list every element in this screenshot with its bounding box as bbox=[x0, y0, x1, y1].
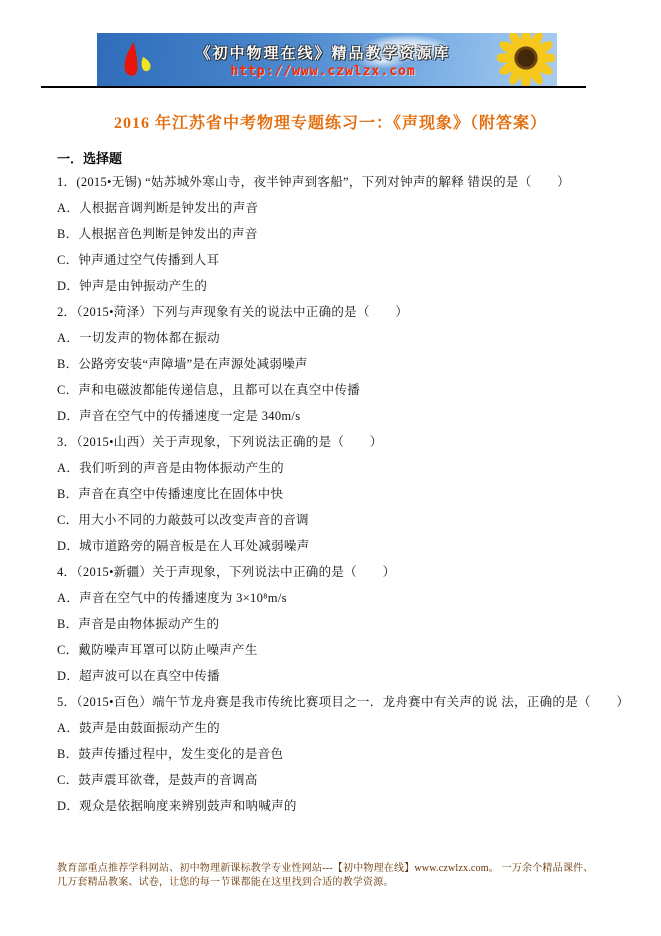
question-list: 1．(2015•无锡) “姑苏城外寒山寺，夜半钟声到客船”，下列对钟声的解释 错… bbox=[57, 169, 617, 819]
question-4: 4．（2015•新疆）关于声现象，下列说法中正确的是（ ） A．声音在空气中的传… bbox=[57, 559, 617, 689]
question-1-option-b: B．人根据音色判断是钟发出的声音 bbox=[57, 221, 617, 247]
question-1-option-d: D．钟声是由钟振动产生的 bbox=[57, 273, 617, 299]
question-1-stem: 1．(2015•无锡) “姑苏城外寒山寺，夜半钟声到客船”，下列对钟声的解释 错… bbox=[57, 169, 617, 195]
question-5-stem: 5．（2015•百色）端午节龙舟赛是我市传统比赛项目之一．龙舟赛中有关声的说 法… bbox=[57, 689, 617, 715]
question-4-stem: 4．（2015•新疆）关于声现象，下列说法中正确的是（ ） bbox=[57, 559, 617, 585]
page-footer: 教育部重点推荐学科网站、初中物理新课标教学专业性网站---【初中物理在线】www… bbox=[57, 862, 609, 890]
header-divider bbox=[41, 86, 586, 88]
question-4-option-c: C．戴防噪声耳罩可以防止噪声产生 bbox=[57, 637, 617, 663]
page-title: 2016 年江苏省中考物理专题练习一：《声现象》（附答案） bbox=[40, 110, 621, 133]
banner-text-block: 《初中物理在线》精品教学资源库 http://www.czwlzx.com bbox=[167, 33, 479, 87]
question-3-option-b: B．声音在真空中传播速度比在固体中快 bbox=[57, 481, 617, 507]
question-2: 2．（2015•菏泽）下列与声现象有关的说法中正确的是（ ） A．一切发声的物体… bbox=[57, 299, 617, 429]
question-1: 1．(2015•无锡) “姑苏城外寒山寺，夜半钟声到客船”，下列对钟声的解释 错… bbox=[57, 169, 617, 299]
question-5-option-c: C．鼓声震耳欲聋，是鼓声的音调高 bbox=[57, 767, 617, 793]
banner-site-title: 《初中物理在线》精品教学资源库 bbox=[195, 42, 450, 63]
document-page: 《初中物理在线》精品教学资源库 http://www.czwlzx.com 20… bbox=[0, 0, 661, 936]
question-3-option-c: C．用大小不同的力敲鼓可以改变声音的音调 bbox=[57, 507, 617, 533]
question-3: 3．（2015•山西）关于声现象，下列说法正确的是（ ） A．我们听到的声音是由… bbox=[57, 429, 617, 559]
question-5: 5．（2015•百色）端午节龙舟赛是我市传统比赛项目之一．龙舟赛中有关声的说 法… bbox=[57, 689, 617, 819]
question-5-option-d: D．观众是依据响度来辨别鼓声和呐喊声的 bbox=[57, 793, 617, 819]
question-5-option-a: A．鼓声是由鼓面振动产生的 bbox=[57, 715, 617, 741]
question-3-option-d: D．城市道路旁的隔音板是在人耳处减弱噪声 bbox=[57, 533, 617, 559]
question-2-option-c: C．声和电磁波都能传递信息，且都可以在真空中传播 bbox=[57, 377, 617, 403]
flame-logo-icon bbox=[117, 41, 161, 86]
question-3-option-a: A．我们听到的声音是由物体振动产生的 bbox=[57, 455, 617, 481]
question-4-option-a: A．声音在空气中的传播速度为 3×10⁸m/s bbox=[57, 585, 617, 611]
banner-site-url: http://www.czwlzx.com bbox=[230, 64, 415, 79]
footer-line-2: 几万套精品教案、试卷，让您的每一节课都能在这里找到合适的教学资源。 bbox=[57, 876, 609, 890]
question-3-stem: 3．（2015•山西）关于声现象，下列说法正确的是（ ） bbox=[57, 429, 617, 455]
question-1-option-c: C．钟声通过空气传播到人耳 bbox=[57, 247, 617, 273]
question-1-option-a: A．人根据音调判断是钟发出的声音 bbox=[57, 195, 617, 221]
section-heading: 一．选择题 bbox=[57, 148, 122, 167]
question-5-option-b: B．鼓声传播过程中，发生变化的是音色 bbox=[57, 741, 617, 767]
question-2-option-b: B．公路旁安装“声障墙”是在声源处减弱噪声 bbox=[57, 351, 617, 377]
question-4-option-d: D．超声波可以在真空中传播 bbox=[57, 663, 617, 689]
sunflower-icon bbox=[497, 33, 555, 87]
question-2-option-d: D．声音在空气中的传播速度一定是 340m/s bbox=[57, 403, 617, 429]
question-2-option-a: A．一切发声的物体都在振动 bbox=[57, 325, 617, 351]
footer-line-1: 教育部重点推荐学科网站、初中物理新课标教学专业性网站---【初中物理在线】www… bbox=[57, 862, 609, 876]
site-banner-image: 《初中物理在线》精品教学资源库 http://www.czwlzx.com bbox=[97, 33, 557, 87]
question-2-stem: 2．（2015•菏泽）下列与声现象有关的说法中正确的是（ ） bbox=[57, 299, 617, 325]
question-4-option-b: B．声音是由物体振动产生的 bbox=[57, 611, 617, 637]
